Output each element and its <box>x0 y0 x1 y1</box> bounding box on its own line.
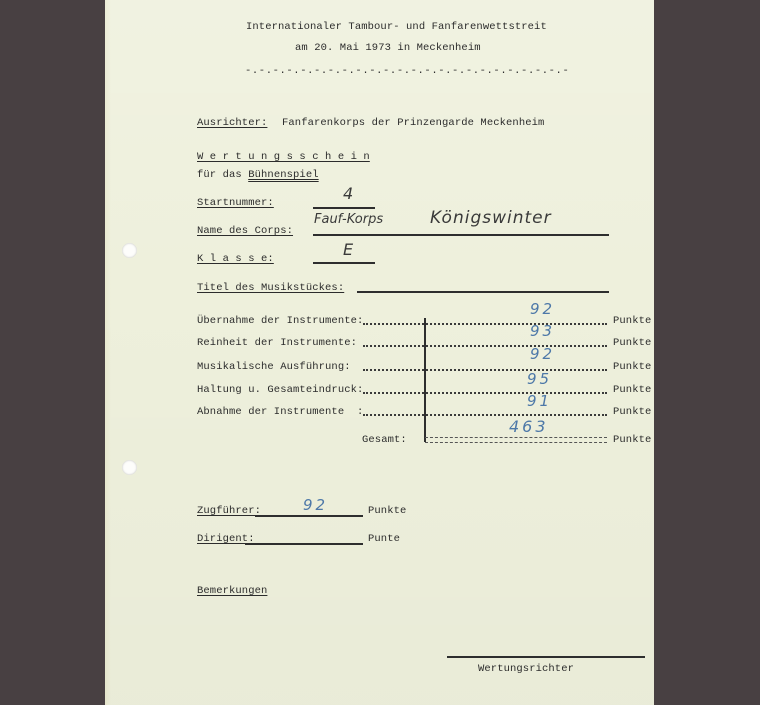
form-subtitle-event: Bühnenspiel <box>248 169 318 181</box>
event-date-location: am 20. Mai 1973 in Meckenheim <box>295 42 481 54</box>
start-number-label: Startnummer: <box>197 197 274 209</box>
score-dots <box>363 382 607 394</box>
class-value[interactable]: E <box>343 240 353 259</box>
score-value-haltung[interactable]: 95 <box>527 370 552 388</box>
score-label-haltung: Haltung u. Gesamteindruck: <box>197 384 363 396</box>
form-title: W e r t u n g s s c h e i n <box>197 151 370 163</box>
score-dots <box>363 313 607 325</box>
score-value-reinheit[interactable]: 93 <box>530 322 555 340</box>
form-subtitle-prefix: für das <box>197 169 248 181</box>
organizer-label: Ausrichter: <box>197 117 267 129</box>
corps-name-label: Name des Corps: <box>197 225 293 237</box>
score-dots <box>363 404 607 416</box>
dirigent-unit: Punte <box>368 533 400 545</box>
start-number-line <box>313 207 375 209</box>
zugfuehrer-label: Zugführer: <box>197 505 261 517</box>
punch-hole-bottom <box>122 460 137 475</box>
total-double-line <box>425 437 607 443</box>
score-unit: Punkte <box>613 337 651 349</box>
score-label-uebernahme: Übernahme der Instrumente: <box>197 315 363 327</box>
score-label-musikalisch: Musikalische Ausführung: <box>197 361 351 373</box>
form-subtitle: für das Bühnenspiel <box>197 169 319 181</box>
corps-name-value[interactable]: Königswinter <box>430 208 552 228</box>
zugfuehrer-value[interactable]: 92 <box>303 496 328 514</box>
score-label-abnahme: Abnahme der Instrumente : <box>197 406 363 418</box>
total-label: Gesamt: <box>362 434 407 446</box>
dirigent-line <box>245 543 363 545</box>
corps-name-value-prefix[interactable]: Fauf-Korps <box>314 212 383 227</box>
score-label-reinheit: Reinheit der Instrumente: <box>197 337 357 349</box>
score-dots <box>363 335 607 347</box>
score-value-abnahme[interactable]: 91 <box>527 392 552 410</box>
piece-title-line <box>357 291 609 293</box>
zugfuehrer-unit: Punkte <box>368 505 406 517</box>
start-number-value[interactable]: 4 <box>343 184 353 203</box>
class-label: K l a s s e: <box>197 253 274 265</box>
score-unit: Punkte <box>613 384 651 396</box>
corps-name-line <box>313 234 609 236</box>
signature-label: Wertungsrichter <box>478 663 574 675</box>
total-value[interactable]: 463 <box>509 417 549 436</box>
event-title: Internationaler Tambour- und Fanfarenwet… <box>246 21 547 33</box>
class-line <box>313 262 375 264</box>
score-unit: Punkte <box>613 315 651 327</box>
header-separator: -.-.-.-.-.-.-.-.-.-.-.-.-.-.-.-.-.-.-.-.… <box>245 65 569 77</box>
score-unit: Punkte <box>613 361 651 373</box>
score-dots <box>363 359 607 371</box>
document-page: Internationaler Tambour- und Fanfarenwet… <box>105 0 654 705</box>
total-unit: Punkte <box>613 434 651 446</box>
organizer-value: Fanfarenkorps der Prinzengarde Meckenhei… <box>282 117 544 129</box>
score-value-musikalisch[interactable]: 92 <box>530 345 555 363</box>
score-value-uebernahme[interactable]: 92 <box>530 300 555 318</box>
piece-title-label: Titel des Musikstückes: <box>197 282 344 294</box>
signature-line <box>447 656 645 658</box>
zugfuehrer-line <box>255 515 363 517</box>
remarks-label: Bemerkungen <box>197 585 267 597</box>
punch-hole-top <box>122 243 137 258</box>
score-unit: Punkte <box>613 406 651 418</box>
